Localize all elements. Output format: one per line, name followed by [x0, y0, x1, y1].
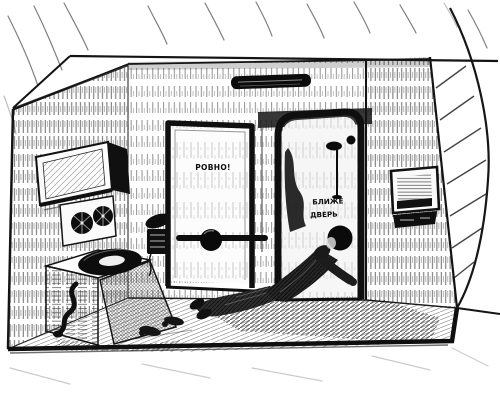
lamp-shade — [326, 142, 342, 151]
door-sign-text: РОВНО! — [195, 163, 230, 172]
graffiti-line-1: БЛИЖЕ — [312, 196, 344, 206]
man-hand — [349, 278, 357, 286]
door-panel-hatch — [171, 124, 249, 284]
slipper-heel-left — [139, 330, 145, 336]
cable-end — [53, 331, 63, 338]
speaker-hub-left — [80, 221, 83, 224]
sketch-illustration: РОВНО! БЛИЖЕ ДВЕРЬ — [0, 0, 500, 395]
right-wall-panel — [391, 167, 439, 228]
ink-drawing-canvas: РОВНО! БЛИЖЕ ДВЕРЬ — [0, 0, 500, 395]
man-face — [326, 237, 336, 249]
slipper-heel-right — [162, 321, 168, 327]
panel-screen — [397, 174, 432, 201]
speaker-hub-right — [101, 214, 104, 217]
door-knob — [200, 229, 222, 251]
doorway-threshold — [280, 299, 362, 300]
graffiti-line-2: ДВЕРЬ — [310, 210, 338, 220]
center-door: РОВНО! — [166, 123, 268, 291]
doorway-handle — [347, 136, 356, 145]
door-handle-bar — [176, 235, 268, 241]
